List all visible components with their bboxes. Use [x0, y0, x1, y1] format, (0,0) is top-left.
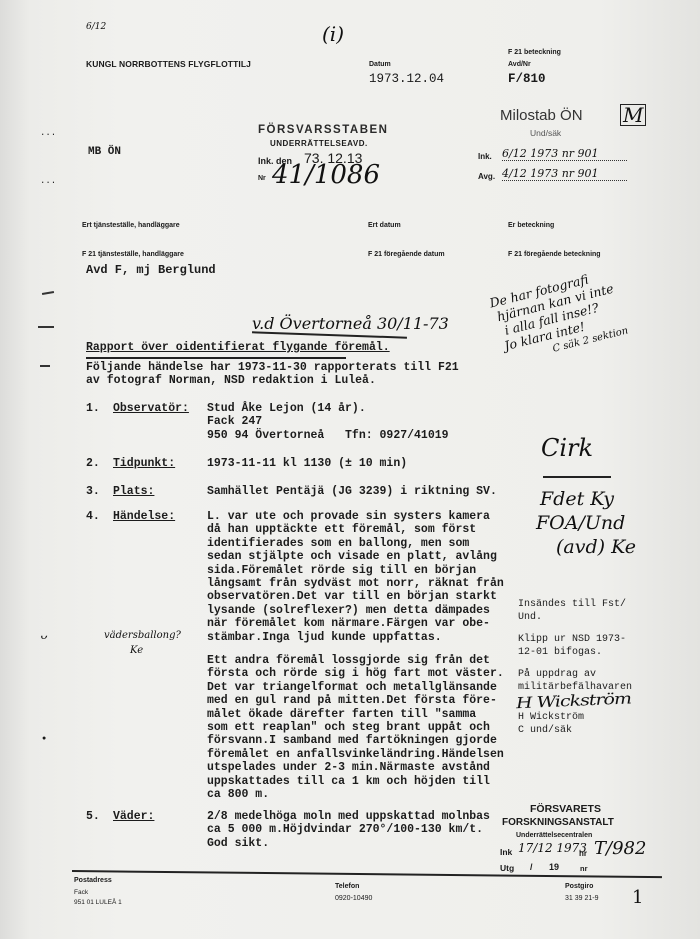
- margin-dots: ...: [40, 176, 56, 186]
- cirk-note: Cirk: [541, 434, 593, 462]
- foa-line2: FORSKNINGSANSTALT: [502, 817, 614, 828]
- foa-line1: FÖRSVARETS: [530, 803, 601, 815]
- f21-foregaende-datum-label: F 21 föregående datum: [368, 251, 445, 258]
- telefon-label: Telefon: [335, 883, 359, 890]
- foa-line3: Underrättelsecentralen: [516, 832, 592, 839]
- date-label: Datum: [369, 61, 391, 68]
- avd-nr-label: Avd/Nr: [508, 61, 531, 68]
- section-4-text: L. var ute och provade sin systers kamer…: [207, 510, 504, 644]
- stamp-title: FÖRSVARSSTABEN: [258, 124, 388, 136]
- document-page: 6/12 (i) KUNGL NORRBOTTENS FLYGFLOTTILJ …: [0, 0, 700, 939]
- klipp-note: Klipp ur NSD 1973- 12-01 bifogas.: [518, 634, 626, 659]
- section-2-text: 1973-11-11 kl 1130 (± 10 min): [207, 457, 407, 470]
- org-name: KUNGL NORRBOTTENS FLYGFLOTTILJ: [86, 59, 251, 69]
- milostab-subtitle: Und/säk: [530, 128, 561, 138]
- milostab-ink-value: 6/12 1973 nr 901: [502, 147, 627, 161]
- f21-foregaende-beteckning-label: F 21 föregående beteckning: [508, 251, 601, 258]
- signature: H Wickström: [516, 690, 632, 712]
- corner-note: 6/12: [86, 22, 106, 32]
- foa-nr-value: T/982: [594, 838, 646, 859]
- foa-utg-nr-label: nr: [580, 864, 588, 873]
- milostab-avg-value: 4/12 1973 nr 901: [502, 167, 627, 181]
- distribution-item: Fdet Ky: [540, 487, 636, 511]
- section-5-label: Väder:: [113, 810, 154, 823]
- left-margin-initials: Ke: [130, 645, 143, 656]
- left-margin-note: vädersballong?: [104, 630, 181, 641]
- margin-dots: ...: [40, 128, 56, 138]
- milostab-title: Milostab ÖN: [500, 107, 583, 124]
- milostab-initials: M: [620, 104, 646, 126]
- insandes-note: Insändes till Fst/ Und.: [518, 599, 626, 624]
- f21-ref-label: F 21 beteckning: [508, 49, 561, 56]
- handlaggare-value: Avd F, mj Berglund: [86, 264, 216, 277]
- ert-tjanstestalle-label: Ert tjänsteställe, handläggare: [82, 222, 180, 229]
- signer-title: C und/säk: [518, 724, 572, 737]
- postgiro-label: Postgiro: [565, 883, 593, 890]
- handwritten-margin-note: De har fotografi hjärnan kan vi inte i a…: [488, 265, 630, 369]
- section-4-label: Händelse:: [113, 510, 175, 523]
- recipient: MB ÖN: [88, 146, 121, 159]
- date-value: 1973.12.04: [369, 72, 444, 86]
- postgiro-value: 31 39 21-9: [565, 895, 598, 902]
- section-3-text: Samhället Pentäjä (JG 3239) i riktning S…: [207, 485, 497, 498]
- margin-smile: ᴗ: [40, 628, 47, 642]
- margin-mark: [42, 291, 54, 295]
- cirk-underline: [543, 476, 611, 478]
- circled-mark: (i): [322, 22, 344, 46]
- stamp-subtitle: UNDERRÄTTELSEAVD.: [270, 139, 368, 148]
- section-2-num: 2.: [86, 457, 100, 470]
- postadress-line: 951 01 LULEÅ 1: [74, 899, 122, 906]
- milostab-avg-label: Avg.: [478, 172, 495, 181]
- f21-tjanstestalle-label: F 21 tjänsteställe, handläggare: [82, 251, 184, 258]
- er-beteckning-label: Er beteckning: [508, 222, 554, 229]
- foa-ink-label: Ink: [500, 847, 512, 857]
- stamp-nr-value: 41/1086: [272, 160, 380, 190]
- ert-datum-label: Ert datum: [368, 222, 401, 229]
- section-5-text: 2/8 medelhöga moln med uppskattad molnba…: [207, 810, 490, 850]
- foa-utg-label: Utg: [500, 863, 514, 873]
- section-3-label: Plats:: [113, 485, 154, 498]
- postadress-label: Postadress: [74, 877, 112, 884]
- section-3-num: 3.: [86, 485, 100, 498]
- margin-mark: [40, 365, 50, 367]
- foa-ink-date: 17/12 1973: [518, 841, 587, 855]
- margin-dot: ●: [42, 735, 46, 743]
- stamp-nr-label: Nr: [258, 175, 266, 182]
- footer-divider: [72, 870, 662, 878]
- distribution-item: FOA/Und: [536, 511, 636, 535]
- signer-name: H Wickström: [518, 711, 584, 724]
- section-1-num: 1.: [86, 402, 100, 415]
- section-1-text: Stud Åke Lejon (14 år). Fack 247 950 94 …: [207, 402, 449, 442]
- section-4-text-continued: Ett andra föremål lossgjorde sig från de…: [207, 654, 504, 801]
- location-note: v.d Övertorneå 30/11-73: [252, 314, 449, 333]
- section-5-num: 5.: [86, 810, 100, 823]
- section-1-label: Observatör:: [113, 402, 189, 415]
- title-underline: [86, 357, 346, 359]
- report-title: Rapport över oidentifierat flygande före…: [86, 341, 390, 354]
- postadress-line: Fack: [74, 889, 88, 896]
- report-intro: Följande händelse har 1973-11-30 rapport…: [86, 361, 459, 388]
- avd-nr-value: F/810: [508, 72, 546, 86]
- distribution-item: (avd) Ke: [556, 535, 636, 559]
- telefon-value: 0920-10490: [335, 895, 372, 902]
- foa-nr-label: nr: [579, 849, 587, 858]
- section-4-num: 4.: [86, 510, 100, 523]
- page-mark: 1: [632, 887, 643, 908]
- margin-mark: [38, 326, 54, 328]
- milostab-ink-label: Ink.: [478, 152, 492, 161]
- distribution-list: Fdet Ky FOA/Und (avd) Ke: [540, 487, 636, 559]
- foa-utg-value: / 19: [530, 862, 559, 872]
- section-2-label: Tidpunkt:: [113, 457, 175, 470]
